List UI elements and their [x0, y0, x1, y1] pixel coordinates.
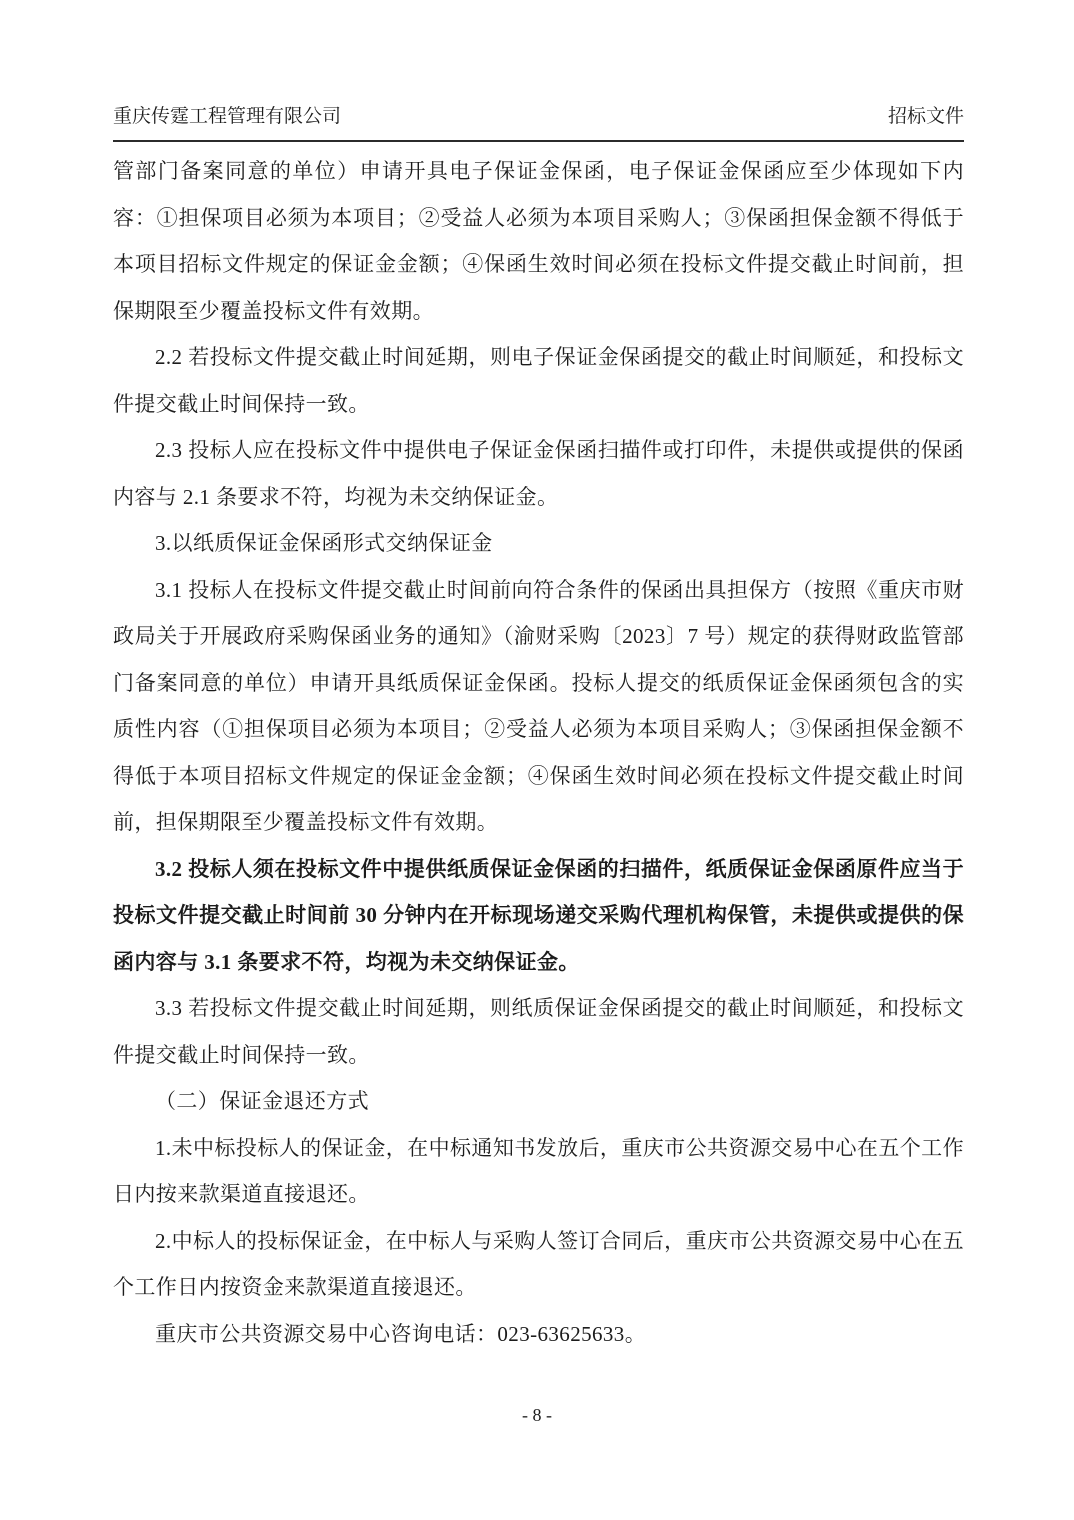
paragraph-refund-1: 1.未中标投标人的保证金，在中标通知书发放后，重庆市公共资源交易中心在五个工作日…: [113, 1125, 964, 1218]
page-content: 重庆传霆工程管理有限公司 招标文件 管部门备案同意的单位）申请开具电子保证金保函…: [113, 103, 964, 1357]
paragraph-3-2-bold: 3.2 投标人须在投标文件中提供纸质保证金保函的扫描件，纸质保证金保函原件应当于…: [113, 846, 964, 986]
page-number: - 8 -: [0, 1405, 1074, 1426]
header-company-name: 重庆传霆工程管理有限公司: [113, 103, 341, 131]
paragraph-3-3: 3.3 若投标文件提交截止时间延期，则纸质保证金保函提交的截止时间顺延，和投标文…: [113, 985, 964, 1078]
paragraph-section-2-heading: （二）保证金退还方式: [113, 1078, 964, 1125]
document-body: 管部门备案同意的单位）申请开具电子保证金保函，电子保证金保函应至少体现如下内容：…: [113, 148, 964, 1357]
paragraph-2-3: 2.3 投标人应在投标文件中提供电子保证金保函扫描件或打印件，未提供或提供的保函…: [113, 427, 964, 520]
paragraph-3-heading: 3.以纸质保证金保函形式交纳保证金: [113, 520, 964, 567]
paragraph-continuation: 管部门备案同意的单位）申请开具电子保证金保函，电子保证金保函应至少体现如下内容：…: [113, 148, 964, 334]
paragraph-2-2: 2.2 若投标文件提交截止时间延期，则电子保证金保函提交的截止时间顺延，和投标文…: [113, 334, 964, 427]
paragraph-contact-phone: 重庆市公共资源交易中心咨询电话：023-63625633。: [113, 1311, 964, 1358]
document-page: 重庆传霆工程管理有限公司 招标文件 管部门备案同意的单位）申请开具电子保证金保函…: [0, 0, 1074, 1520]
paragraph-3-1: 3.1 投标人在投标文件提交截止时间前向符合条件的保函出具担保方（按照《重庆市财…: [113, 567, 964, 846]
paragraph-refund-2: 2.中标人的投标保证金，在中标人与采购人签订合同后，重庆市公共资源交易中心在五个…: [113, 1218, 964, 1311]
page-header: 重庆传霆工程管理有限公司 招标文件: [113, 103, 964, 142]
header-doc-type: 招标文件: [888, 103, 964, 131]
